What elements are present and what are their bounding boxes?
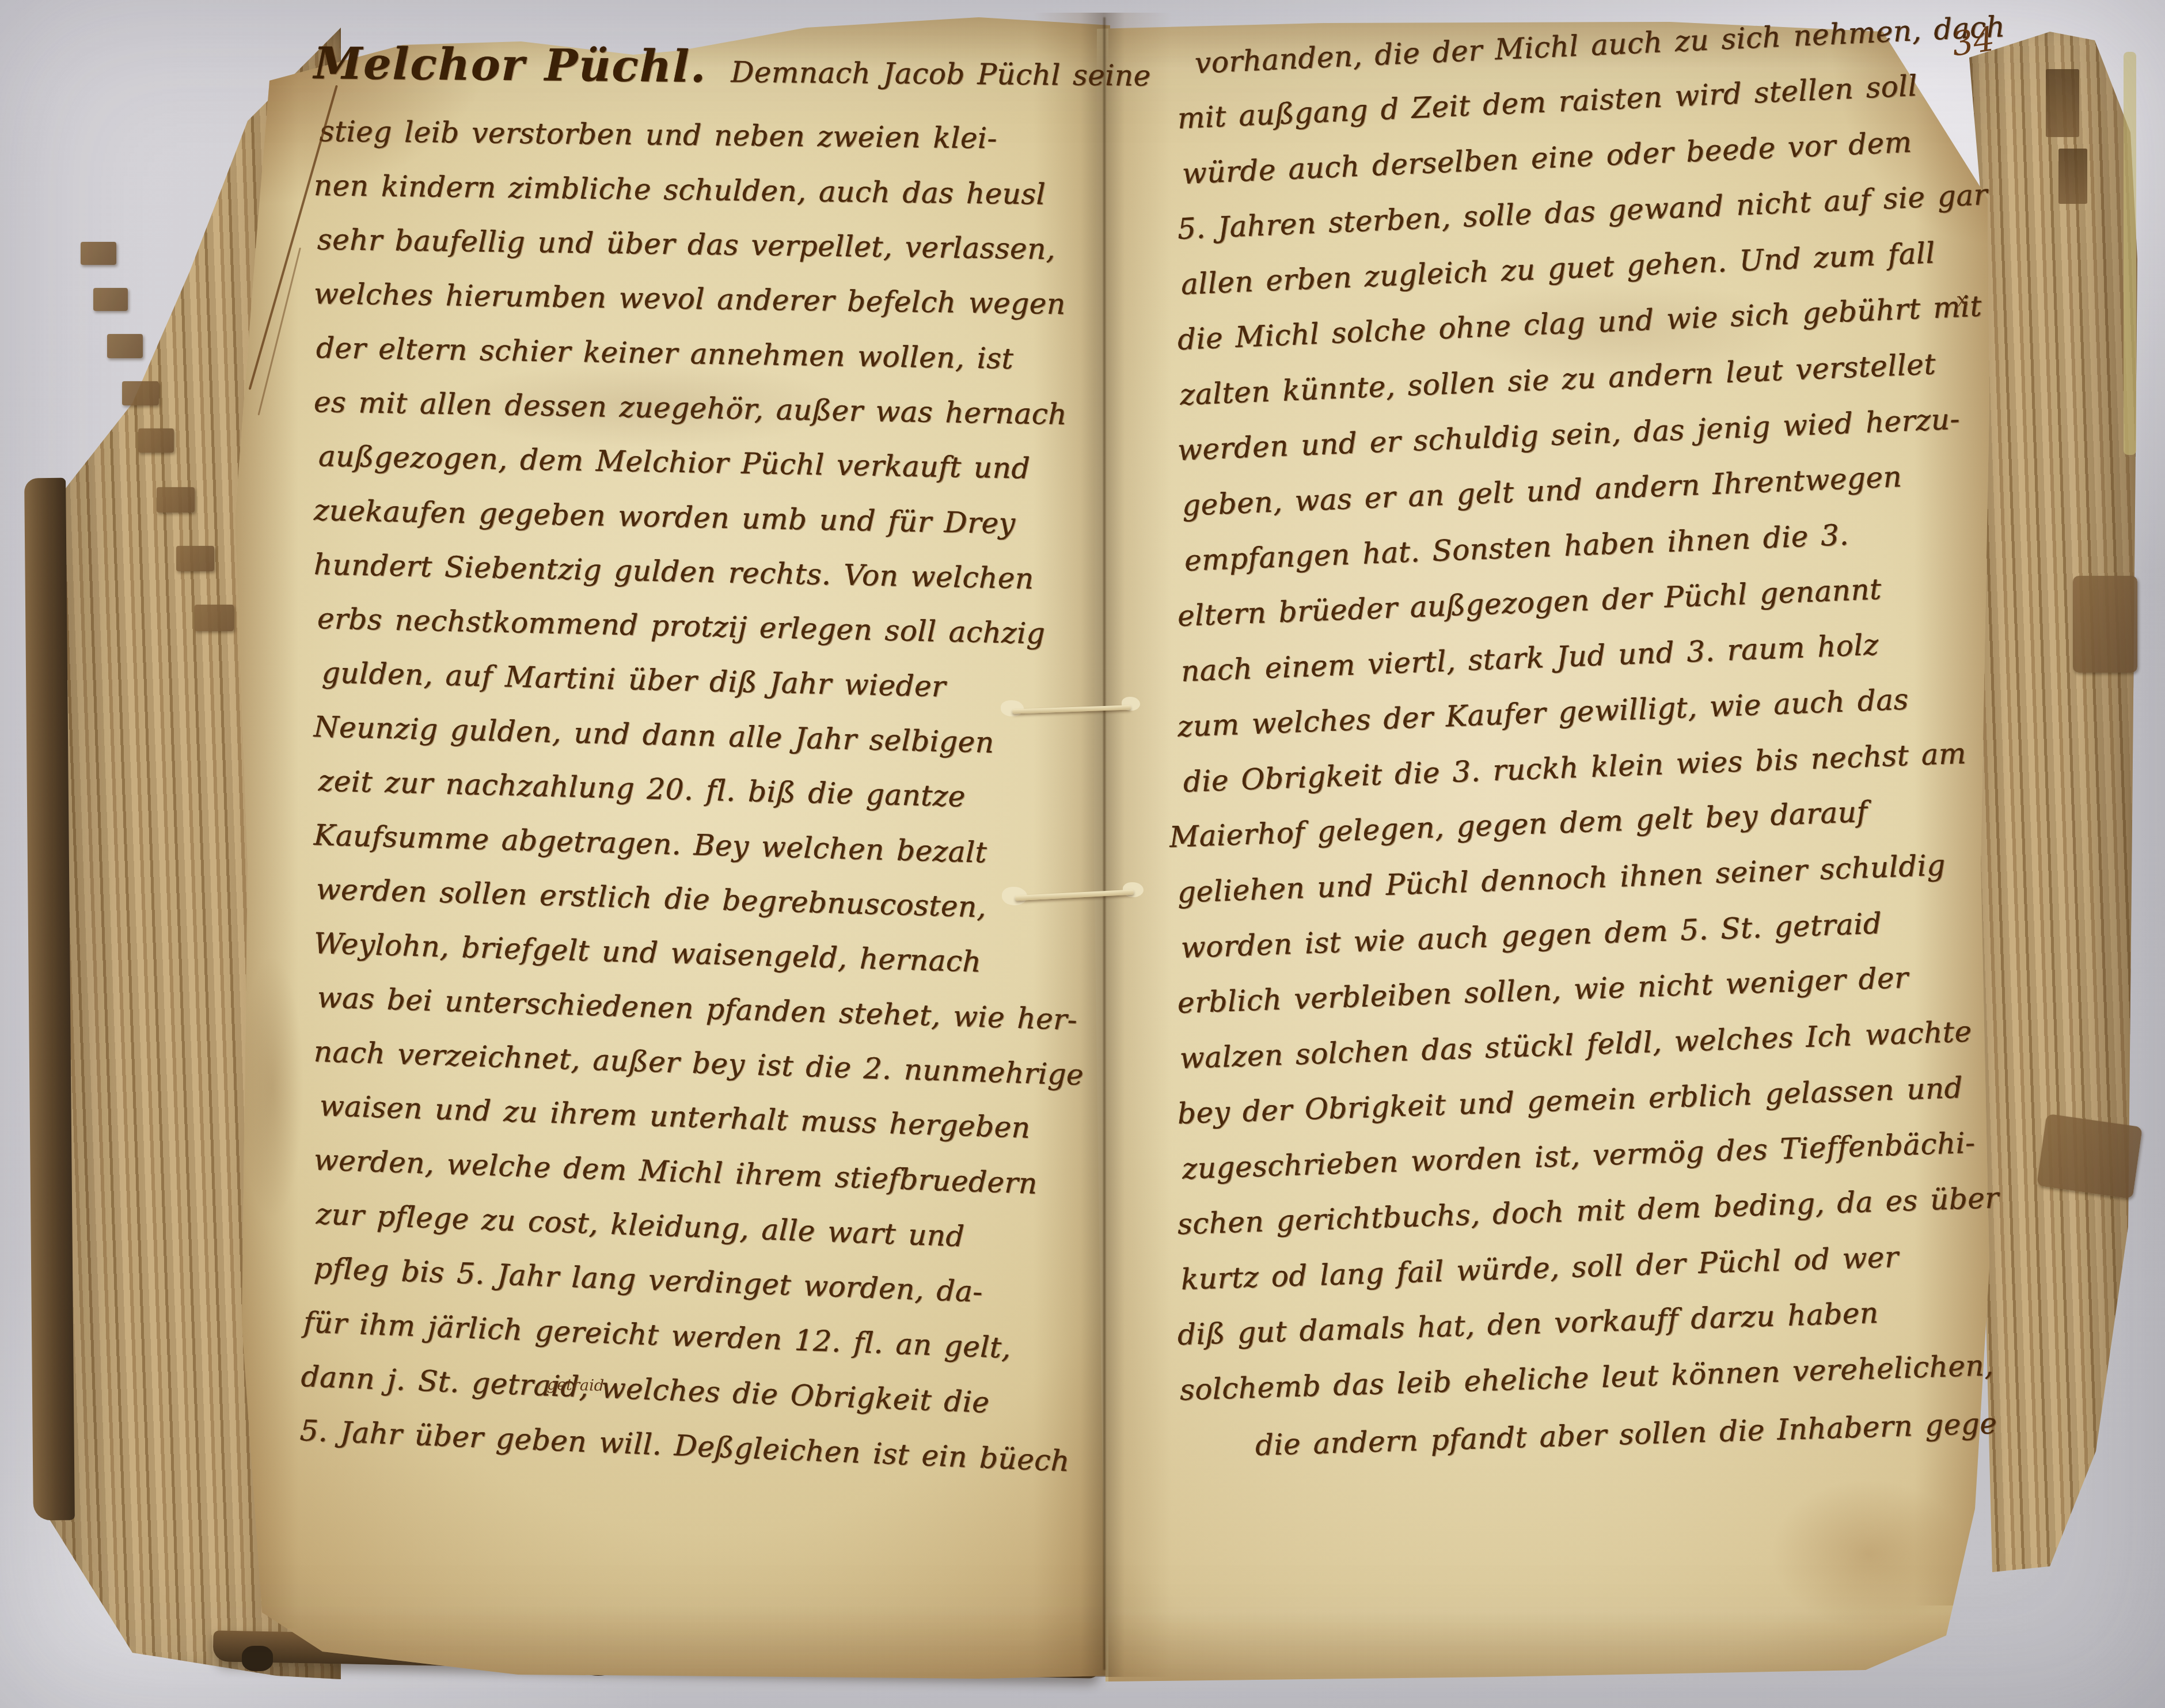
heading-line: Melchor Püchl.Demnach Jacob Püchl seine	[313, 28, 1080, 111]
script-line: Demnach Jacob Püchl seine	[731, 55, 1151, 92]
script-line: nen kindern zimbliche schulden, auch das…	[313, 158, 1080, 222]
page-edge-tab	[122, 381, 159, 405]
page-edge-tab	[93, 288, 128, 311]
script-line: stieg leib verstorben und neben zweien k…	[320, 104, 1080, 166]
manuscript-photo: Melchor Püchl.Demnach Jacob Püchl seine …	[0, 0, 2165, 1708]
page-heading: Melchor Püchl.	[314, 37, 707, 92]
page-edge-tab	[195, 605, 234, 631]
page-edge-tab	[138, 428, 174, 453]
right-page-text: vorhanden, die der Michl auch zu sich ne…	[1178, 36, 1978, 1473]
paper-stain	[241, 955, 304, 1220]
cover-corner-knob	[242, 1646, 273, 1671]
page-edge-tab	[107, 334, 143, 358]
page-edge-tab	[81, 242, 116, 265]
gutter-crease-line	[1103, 17, 1106, 1670]
script-line: sehr baufellig und über das verpellet, v…	[317, 212, 1080, 276]
page-edge-slot	[2046, 69, 2079, 137]
page-edge-tab	[2037, 1114, 2143, 1199]
interlinear-insertion: getraid	[547, 1376, 605, 1395]
page-edge-tab	[2073, 576, 2137, 673]
page-edge-slot	[2058, 149, 2087, 204]
left-page-text: Melchor Püchl.Demnach Jacob Püchl seine …	[314, 28, 1080, 1458]
page-edge-tab	[176, 546, 214, 571]
page-edge-gilt-sliver	[2124, 52, 2136, 455]
paper-stain	[1771, 1479, 1966, 1629]
page-edge-tab	[157, 487, 195, 513]
page-number: 34	[1950, 19, 1997, 64]
script-line: welches hierumben wevol anderer befelch …	[313, 267, 1080, 332]
